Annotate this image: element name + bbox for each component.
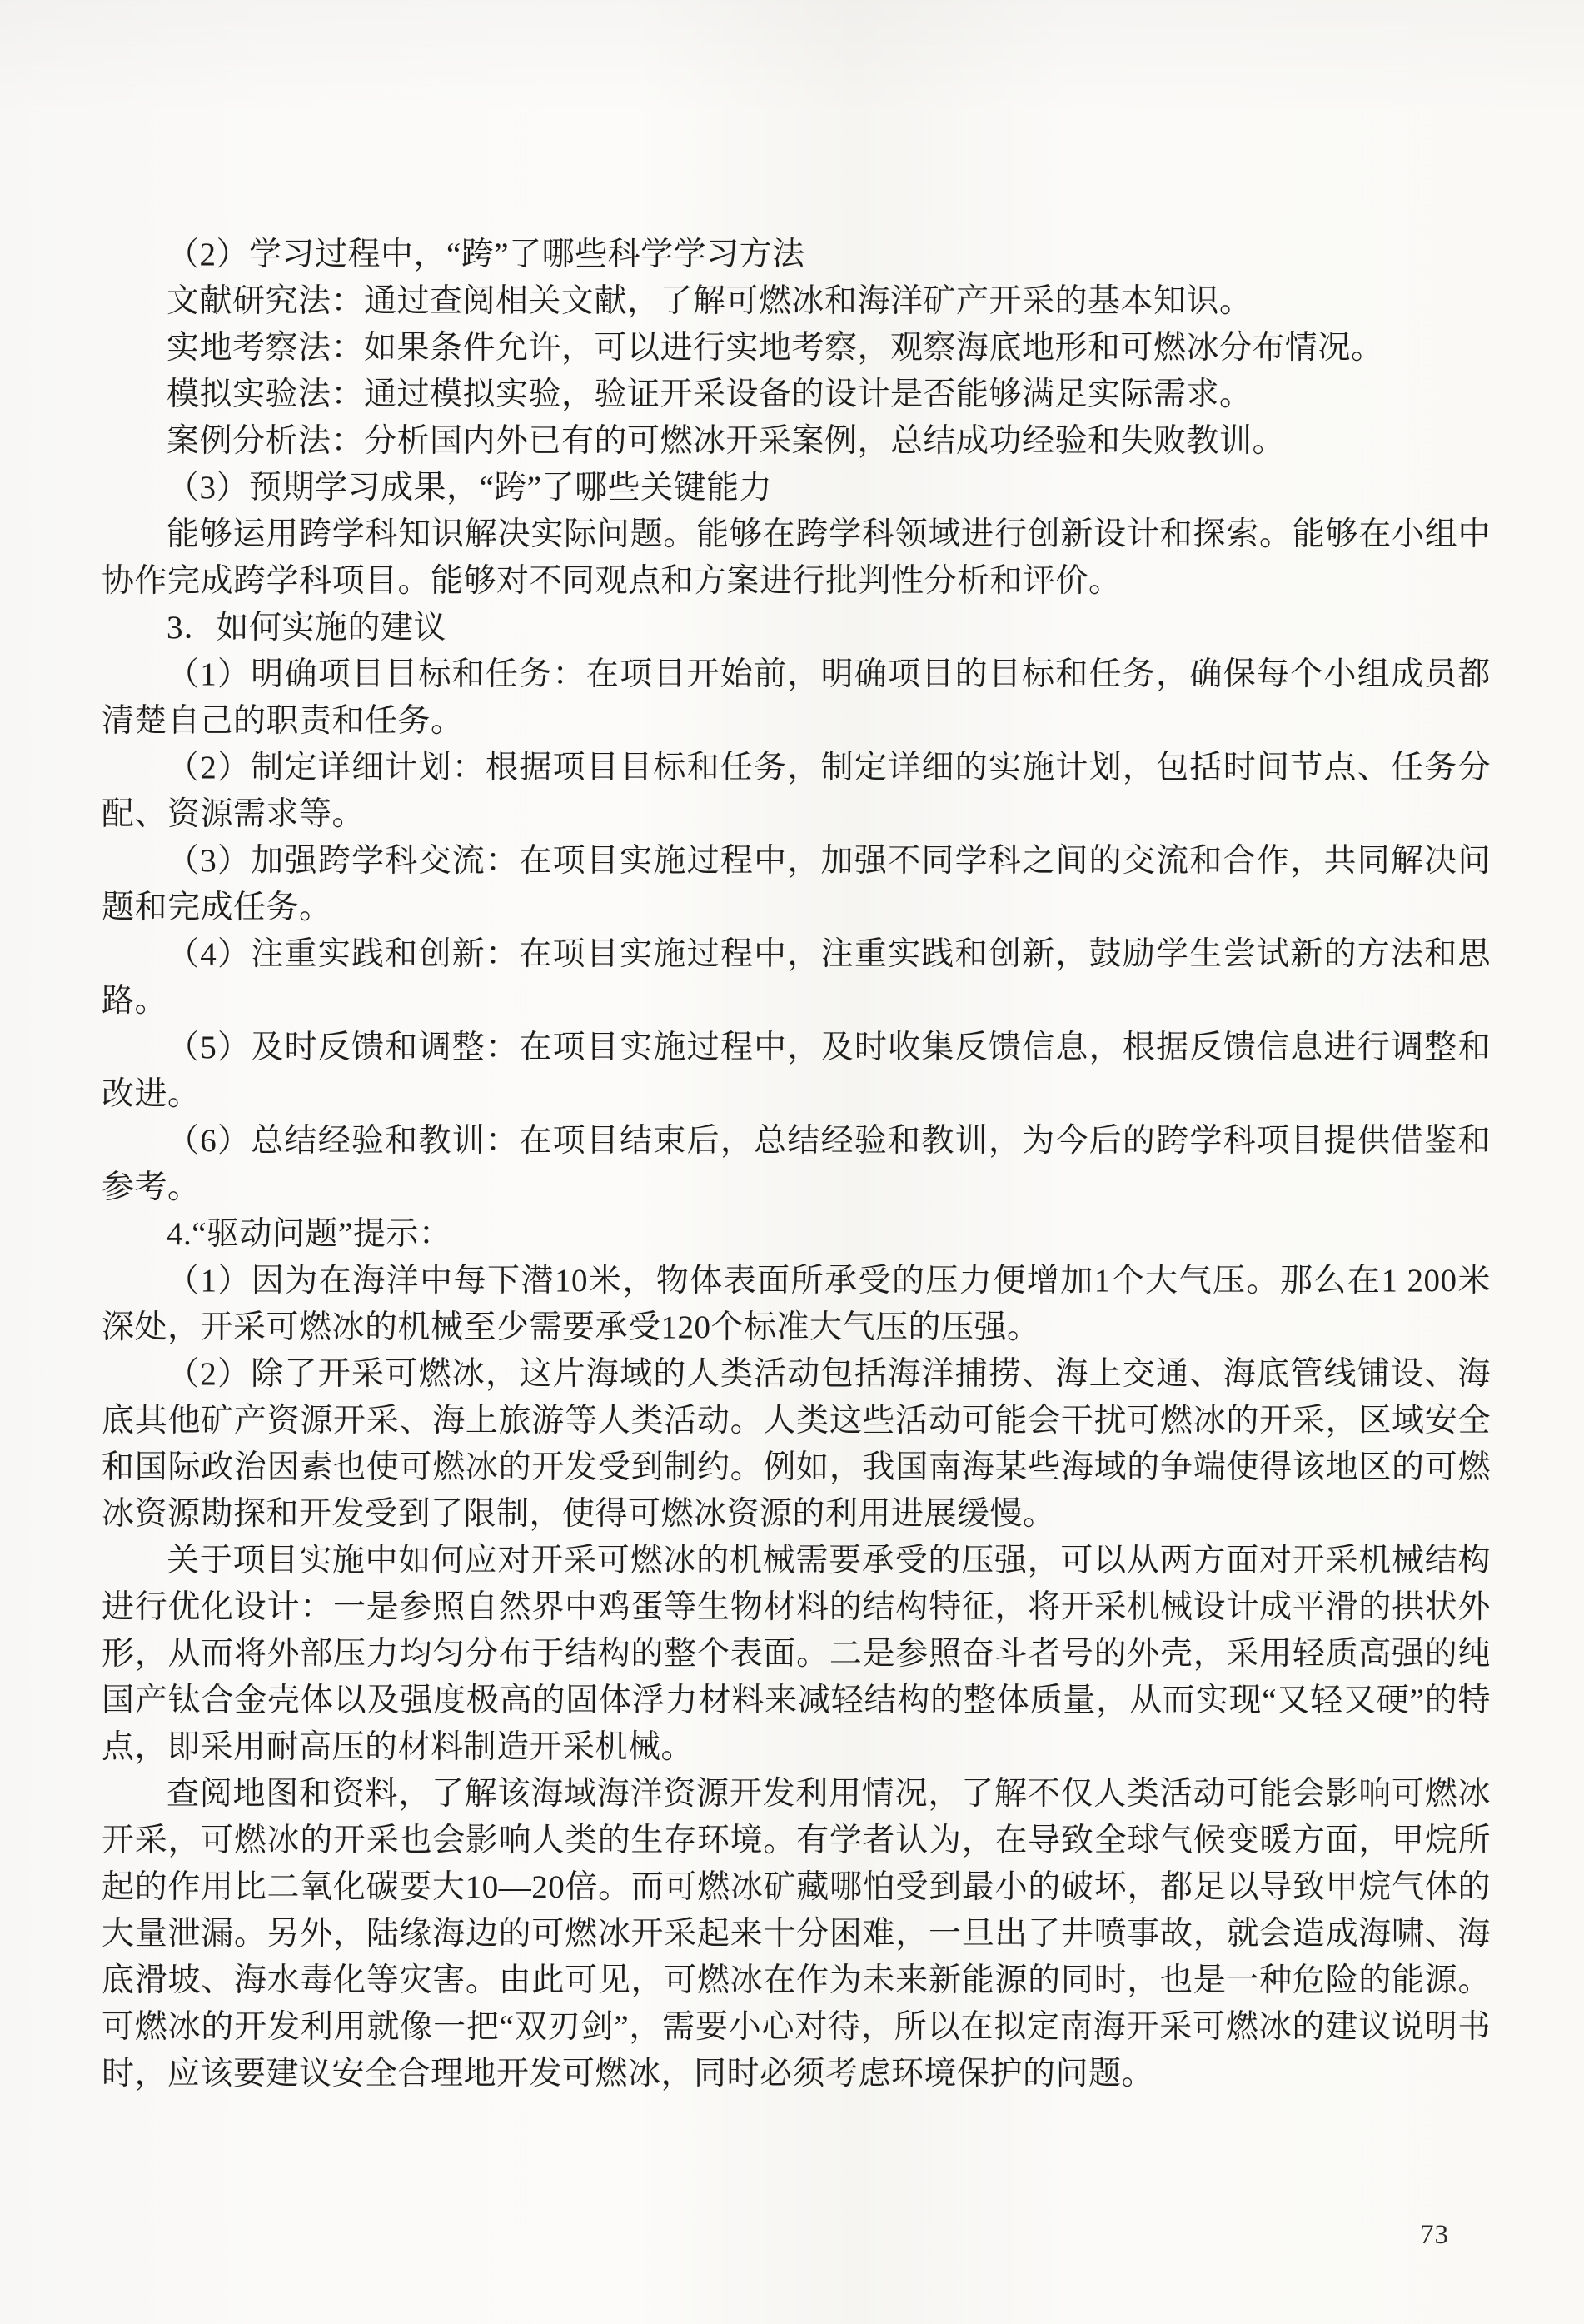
- paragraph: （6）总结经验和教训：在项目结束后，总结经验和教训，为今后的跨学科项目提供借鉴和…: [102, 1118, 1491, 1211]
- paragraph: 查阅地图和资料，了解该海域海洋资源开发利用情况，了解不仅人类活动可能会影响可燃冰…: [102, 1771, 1491, 2097]
- paragraph: （3）加强跨学科交流：在项目实施过程中，加强不同学科之间的交流和合作，共同解决问…: [102, 838, 1491, 931]
- paragraph: （2）制定详细计划：根据项目目标和任务，制定详细的实施计划，包括时间节点、任务分…: [102, 745, 1491, 838]
- paragraph: 模拟实验法：通过模拟实验，验证开采设备的设计是否能够满足实际需求。: [102, 372, 1491, 418]
- paragraph: 关于项目实施中如何应对开采可燃冰的机械需要承受的压强，可以从两方面对开采机械结构…: [102, 1538, 1491, 1771]
- paragraph: （2）学习过程中，“跨”了哪些科学学习方法: [102, 232, 1491, 278]
- text-block: （2）学习过程中，“跨”了哪些科学学习方法 文献研究法：通过查阅相关文献，了解可…: [102, 232, 1491, 2097]
- paragraph: （3）预期学习成果，“跨”了哪些关键能力: [102, 465, 1491, 511]
- paragraph: 文献研究法：通过查阅相关文献，了解可燃冰和海洋矿产开采的基本知识。: [102, 278, 1491, 325]
- paragraph: 案例分析法：分析国内外已有的可燃冰开采案例，总结成功经验和失败教训。: [102, 418, 1491, 465]
- section-heading: 4.“驱动问题”提示：: [102, 1211, 1491, 1258]
- paragraph: 能够运用跨学科知识解决实际问题。能够在跨学科领域进行创新设计和探索。能够在小组中…: [102, 511, 1491, 605]
- paragraph: （5）及时反馈和调整：在项目实施过程中，及时收集反馈信息，根据反馈信息进行调整和…: [102, 1025, 1491, 1118]
- paragraph: （4）注重实践和创新：在项目实施过程中，注重实践和创新，鼓励学生尝试新的方法和思…: [102, 931, 1491, 1025]
- section-heading: 3．如何实施的建议: [102, 605, 1491, 651]
- scanned-document-page: （2）学习过程中，“跨”了哪些科学学习方法 文献研究法：通过查阅相关文献，了解可…: [0, 0, 1584, 2324]
- paragraph: （1）明确项目目标和任务：在项目开始前，明确项目的目标和任务，确保每个小组成员都…: [102, 651, 1491, 745]
- paragraph: 实地考察法：如果条件允许，可以进行实地考察，观察海底地形和可燃冰分布情况。: [102, 325, 1491, 372]
- page-number: 73: [1420, 2220, 1449, 2251]
- paragraph: （1）因为在海洋中每下潜10米，物体表面所承受的压力便增加1个大气压。那么在1 …: [102, 1258, 1491, 1351]
- paragraph: （2）除了开采可燃冰，这片海域的人类活动包括海洋捕捞、海上交通、海底管线铺设、海…: [102, 1351, 1491, 1538]
